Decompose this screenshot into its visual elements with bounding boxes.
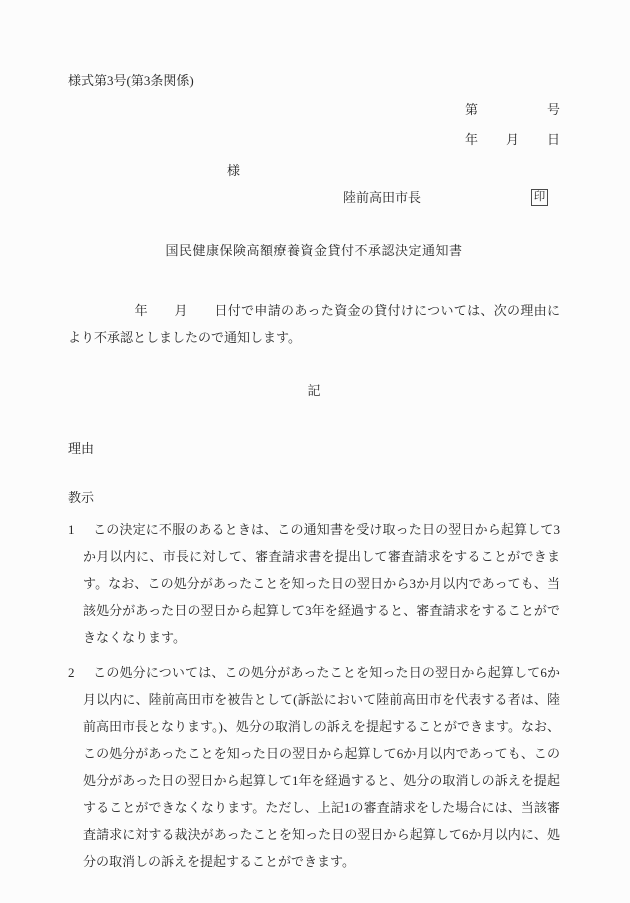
date-day-label: 日 (547, 126, 560, 153)
document-number-prefix: 第 (465, 96, 478, 123)
seal-box: 印 (531, 189, 548, 206)
sender-name: 陸前高田市長 (343, 184, 421, 211)
document-number-suffix: 号 (547, 96, 560, 123)
notice-item-1-number: 1 (68, 516, 93, 543)
date-line: 年 月 日 (465, 126, 560, 153)
instruction-label: 教示 (68, 484, 560, 511)
notice-item-2-text: この処分については、この処分があったことを知った日の翌日から起算して6か月以内に… (83, 665, 560, 869)
date-month-label: 月 (506, 126, 519, 153)
record-heading: 記 (68, 377, 560, 404)
addressee-line: 様 (68, 157, 560, 184)
date-year-label: 年 (465, 126, 478, 153)
intro-paragraph: 年 月 日付で申請のあった資金の貸付けについては、次の理由により不承認としました… (68, 297, 560, 351)
document-number-line: 第 号 (465, 96, 560, 123)
document-page: 様式第3号(第3条関係) 第 号 年 月 日 様 陸前高田市長 印 国民健康保険… (0, 0, 630, 903)
notice-item-2-number: 2 (68, 659, 93, 686)
document-title: 国民健康保険高額療養資金貸付不承認決定通知書 (68, 237, 560, 264)
notice-item-2: 2この処分については、この処分があったことを知った日の翌日から起算して6か月以内… (68, 659, 560, 875)
sender-line: 陸前高田市長 印 (68, 184, 560, 211)
notice-item-1-text: この決定に不服のあるときは、この通知書を受け取った日の翌日から起算して3か月以内… (83, 522, 560, 645)
reason-label: 理由 (68, 435, 560, 462)
addressee-honorific: 様 (227, 163, 240, 178)
form-number: 様式第3号(第3条関係) (68, 67, 560, 94)
notice-item-1: 1この決定に不服のあるときは、この通知書を受け取った日の翌日から起算して3か月以… (68, 516, 560, 651)
